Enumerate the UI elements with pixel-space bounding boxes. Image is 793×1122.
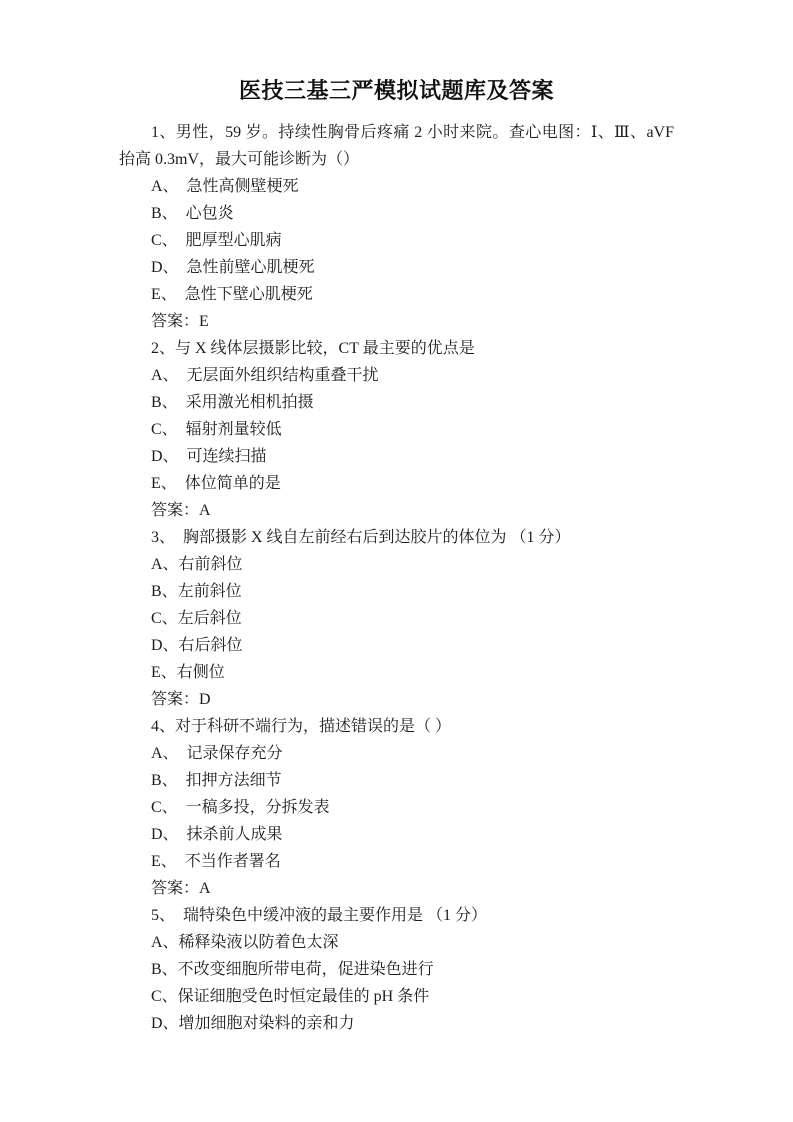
question-2: 2、与 X 线体层摄影比较，CT 最主要的优点是A、 无层面外组织结构重叠干扰B… bbox=[119, 335, 674, 524]
document-page: 医技三基三严模拟试题库及答案 1、男性，59 岁。持续性胸骨后疼痛 2 小时来院… bbox=[0, 0, 793, 1122]
question-3: 3、 胸部摄影 X 线自左前经右后到达胶片的体位为 （1 分）A、右前斜位B、左… bbox=[119, 524, 674, 713]
question-option: A、 无层面外组织结构重叠干扰 bbox=[119, 362, 674, 389]
question-answer: 答案：A bbox=[119, 875, 674, 902]
question-stem-line: 3、 胸部摄影 X 线自左前经右后到达胶片的体位为 （1 分） bbox=[119, 524, 674, 551]
question-5: 5、 瑞特染色中缓冲液的最主要作用是 （1 分）A、稀释染液以防着色太深B、不改… bbox=[119, 902, 674, 1037]
question-option: B、 采用激光相机拍摄 bbox=[119, 389, 674, 416]
question-option: A、 急性高侧壁梗死 bbox=[119, 173, 674, 200]
question-option: D、 急性前壁心肌梗死 bbox=[119, 254, 674, 281]
question-answer: 答案：D bbox=[119, 686, 674, 713]
question-option: D、增加细胞对染料的亲和力 bbox=[119, 1010, 674, 1037]
question-option: C、 一稿多投，分拆发表 bbox=[119, 794, 674, 821]
question-stem-line: 4、对于科研不端行为，描述错误的是（ ） bbox=[119, 713, 674, 740]
question-option: A、 记录保存充分 bbox=[119, 740, 674, 767]
question-stem-line: 2、与 X 线体层摄影比较，CT 最主要的优点是 bbox=[119, 335, 674, 362]
question-option: B、 扣押方法细节 bbox=[119, 767, 674, 794]
question-option: B、 心包炎 bbox=[119, 200, 674, 227]
question-option: E、 体位简单的是 bbox=[119, 470, 674, 497]
question-stem-line: 1、男性，59 岁。持续性胸骨后疼痛 2 小时来院。查心电图：Ⅰ、Ⅲ、aVF bbox=[119, 119, 674, 146]
question-stem-line: 抬高 0.3mV，最大可能诊断为（） bbox=[119, 146, 674, 173]
question-option: A、稀释染液以防着色太深 bbox=[119, 929, 674, 956]
question-list: 1、男性，59 岁。持续性胸骨后疼痛 2 小时来院。查心电图：Ⅰ、Ⅲ、aVF抬高… bbox=[119, 119, 674, 1037]
question-option: C、 辐射剂量较低 bbox=[119, 416, 674, 443]
question-4: 4、对于科研不端行为，描述错误的是（ ）A、 记录保存充分B、 扣押方法细节C、… bbox=[119, 713, 674, 902]
question-option: D、右后斜位 bbox=[119, 632, 674, 659]
question-option: B、左前斜位 bbox=[119, 578, 674, 605]
question-option: B、不改变细胞所带电荷，促进染色进行 bbox=[119, 956, 674, 983]
document-title: 医技三基三严模拟试题库及答案 bbox=[119, 76, 674, 106]
question-answer: 答案：E bbox=[119, 308, 674, 335]
question-1: 1、男性，59 岁。持续性胸骨后疼痛 2 小时来院。查心电图：Ⅰ、Ⅲ、aVF抬高… bbox=[119, 119, 674, 335]
question-option: C、保证细胞受色时恒定最佳的 pH 条件 bbox=[119, 983, 674, 1010]
question-option: E、 急性下壁心肌梗死 bbox=[119, 281, 674, 308]
question-option: C、左后斜位 bbox=[119, 605, 674, 632]
question-option: A、右前斜位 bbox=[119, 551, 674, 578]
question-option: C、 肥厚型心肌病 bbox=[119, 227, 674, 254]
question-option: D、 可连续扫描 bbox=[119, 443, 674, 470]
question-option: E、右侧位 bbox=[119, 659, 674, 686]
question-stem-line: 5、 瑞特染色中缓冲液的最主要作用是 （1 分） bbox=[119, 902, 674, 929]
question-option: D、 抹杀前人成果 bbox=[119, 821, 674, 848]
question-option: E、 不当作者署名 bbox=[119, 848, 674, 875]
question-answer: 答案：A bbox=[119, 497, 674, 524]
